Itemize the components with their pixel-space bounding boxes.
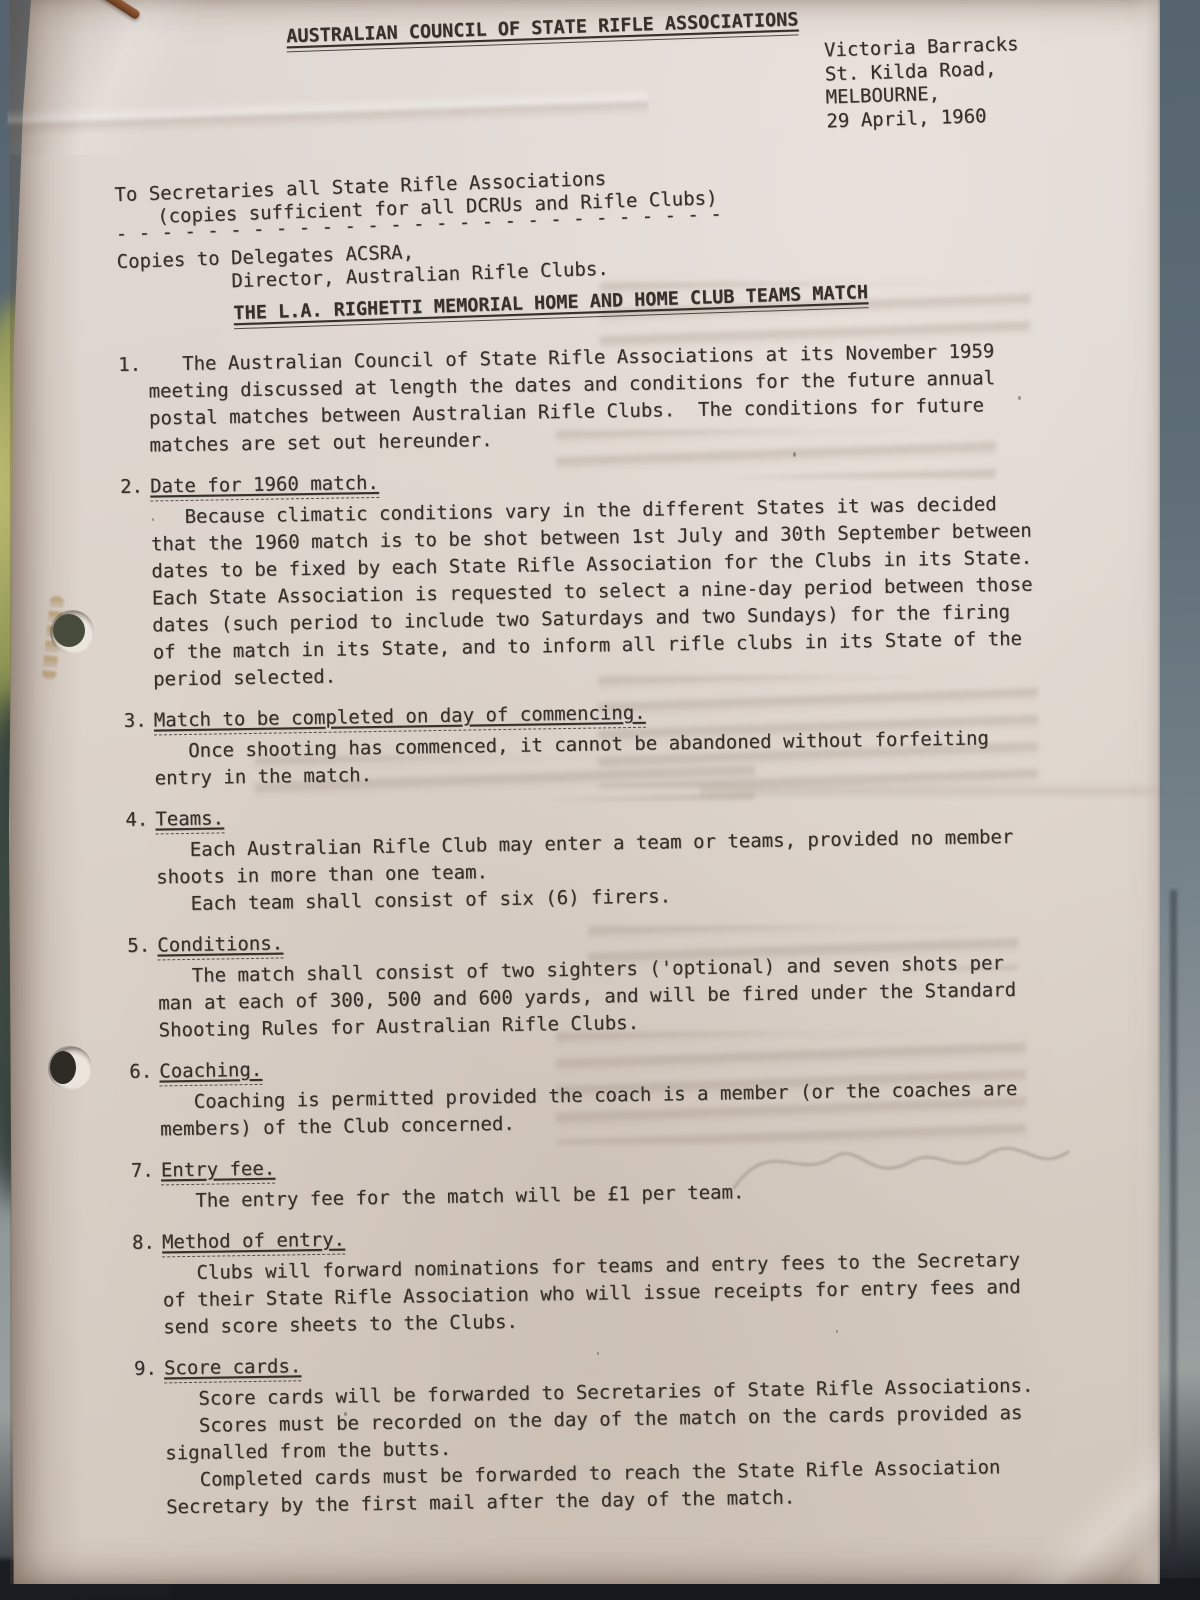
address-line: St. Kilda Road,: [825, 57, 997, 85]
document-item: 9.Score cards.Score cards will be forwar…: [134, 1341, 1056, 1521]
document-item: 6.Coaching.Coaching is permitted provide…: [129, 1044, 1050, 1143]
document-item: 1.The Australian Council of State Rifle …: [118, 338, 1040, 460]
punch-hole-shadow: [53, 614, 85, 647]
item-number: 7.: [131, 1158, 154, 1185]
item-number: 1.: [118, 352, 141, 379]
punch-hole-shadow: [50, 1051, 76, 1084]
item-paragraph: Once shooting has commenced, it cannot b…: [154, 725, 1045, 793]
document-item: 8.Method of entry.Clubs will forward nom…: [132, 1215, 1054, 1341]
item-number: 9.: [134, 1356, 157, 1383]
document-item: 3.Match to be completed on day of commen…: [124, 694, 1045, 793]
item-heading-text: Coaching.: [159, 1059, 262, 1087]
document-items: 1.The Australian Council of State Rifle …: [118, 338, 1056, 1536]
item-number: 2.: [120, 474, 143, 501]
item-number: 6.: [129, 1059, 152, 1086]
document-item: 7.Entry fee.The entry fee for the match …: [131, 1143, 1052, 1215]
sender-address: Victoria Barracks St. Kilda Road, MELBOU…: [824, 33, 1021, 133]
item-number: 8.: [132, 1230, 155, 1257]
item-heading-text: Teams.: [155, 807, 224, 834]
item-heading-text: Date for 1960 match.: [150, 472, 379, 502]
document-item: 2.Date for 1960 match.Because climatic c…: [120, 460, 1043, 694]
item-number: 5.: [127, 933, 150, 960]
document-item: 5.Conditions.The match shall consist of …: [127, 918, 1049, 1044]
item-paragraph: The Australian Council of State Rifle As…: [148, 338, 1040, 460]
punch-hole-top: [50, 610, 94, 654]
item-heading-text: Score cards.: [164, 1355, 302, 1383]
item-heading-text: Method of entry.: [162, 1229, 345, 1258]
scanned-letter-scene: AUSTRALIAN COUNCIL OF STATE RIFLE ASSOCI…: [0, 0, 1200, 1600]
punch-hole-bottom: [48, 1046, 92, 1090]
item-paragraph: Clubs will forward nominations for teams…: [162, 1246, 1053, 1341]
address-line: 29 April, 1960: [826, 105, 987, 132]
item-paragraph: Coaching is permitted provided the coach…: [160, 1075, 1051, 1143]
letter-title: AUSTRALIAN COUNCIL OF STATE RIFLE ASSOCI…: [286, 8, 799, 51]
item-paragraph: The match shall consist of two sighters …: [158, 949, 1049, 1044]
item-heading-text: Entry fee.: [161, 1158, 276, 1186]
item-number: 4.: [125, 807, 148, 834]
item-heading-text: Match to be completed on day of commenci…: [154, 702, 646, 736]
item-number: 3.: [124, 708, 147, 735]
background-frame-line: [1170, 890, 1177, 1590]
item-heading-text: Conditions.: [157, 932, 283, 960]
address-line: MELBOURNE,: [825, 83, 940, 109]
document-item: 4.Teams.Each Australian Rifle Club may e…: [125, 792, 1047, 918]
item-paragraph: Because climatic conditions vary in the …: [150, 491, 1043, 694]
